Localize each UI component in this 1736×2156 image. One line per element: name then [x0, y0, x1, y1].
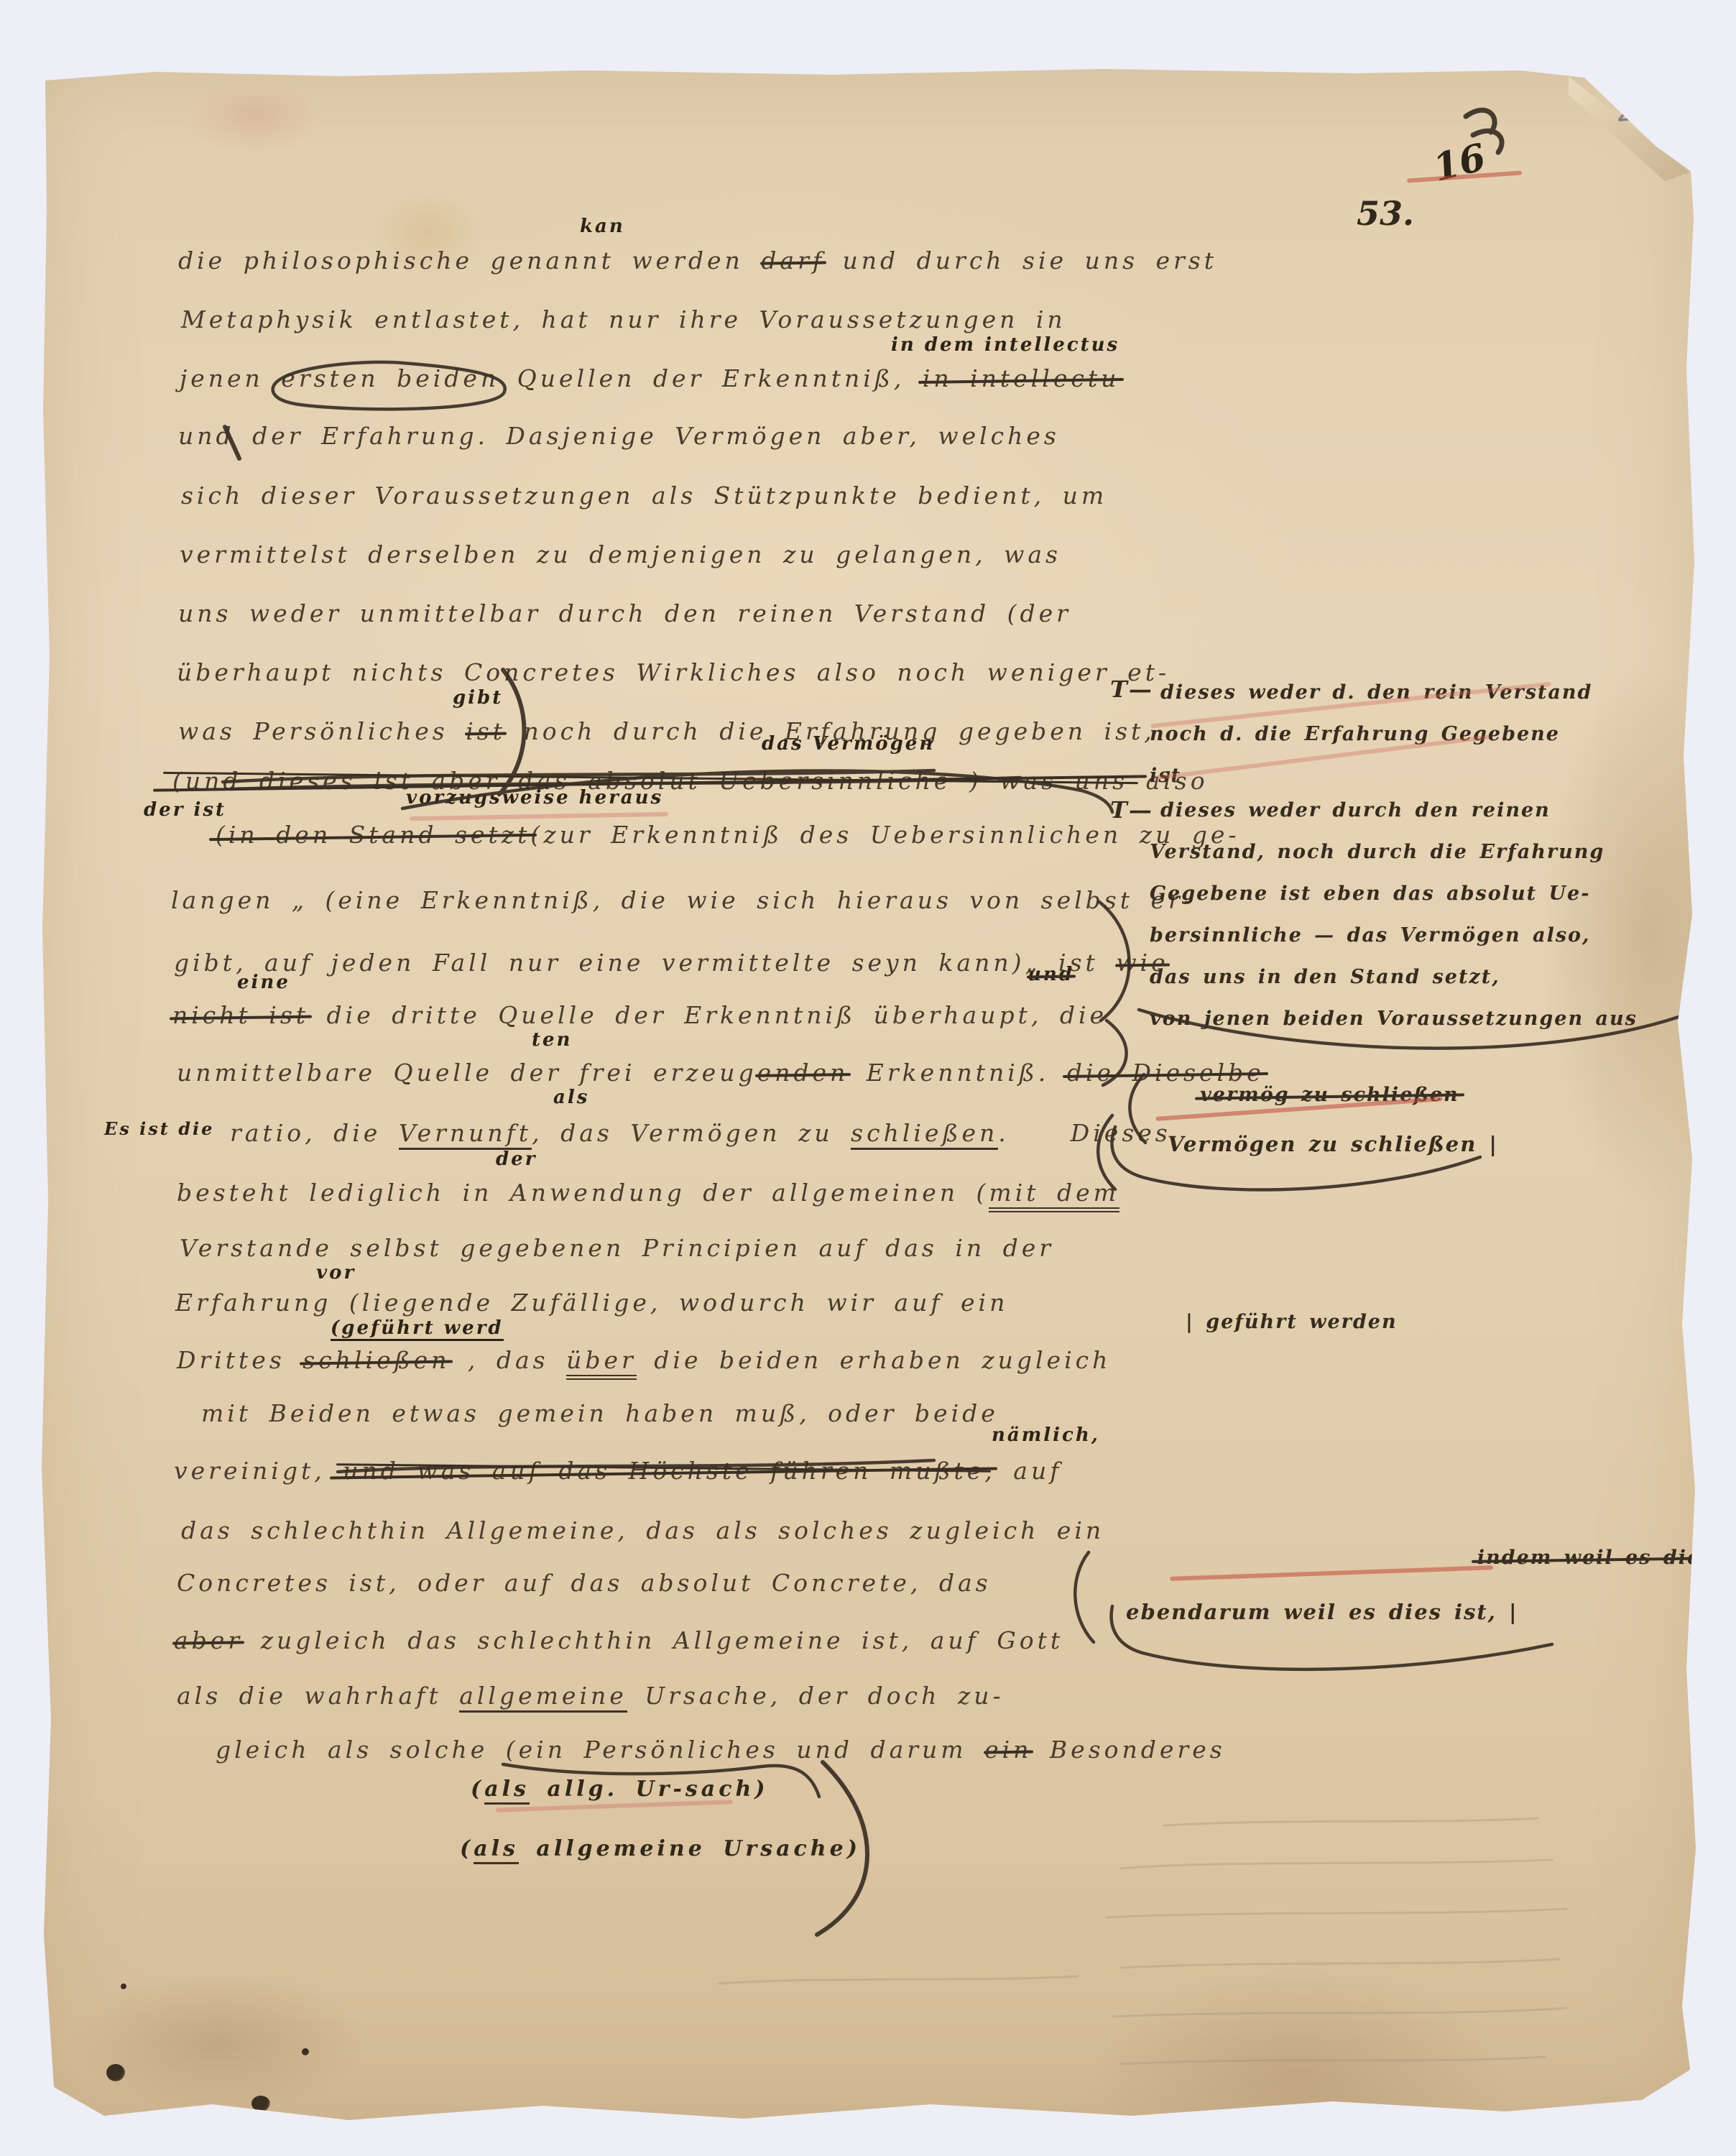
- text-run: ratio, die: [230, 1119, 399, 1147]
- insertion-above-line: der: [496, 1148, 537, 1170]
- text-line-3: jenen ersten beiden Quellen der Erkenntn…: [180, 364, 1119, 393]
- text-run: Erkenntniß.: [849, 1059, 1066, 1087]
- text-run: (zur Erkenntniß des Uebersinnlichen zu g…: [530, 821, 1239, 849]
- text-run: Dieses: [1071, 1119, 1171, 1147]
- struck-text: ist: [466, 717, 506, 746]
- text-run: und: [178, 422, 252, 450]
- text-line-13: gibt, auf jeden Fall nur eine vermittelt…: [174, 949, 1169, 977]
- text-line-22: vereinigt, und was auf das Höchste führe…: [174, 1457, 1062, 1485]
- show-through-ghost-line: [1121, 1860, 1552, 1869]
- underlined-text: schließen: [851, 1119, 998, 1150]
- text-run: besteht lediglich in Anwendung der allge…: [177, 1179, 989, 1207]
- page-number: 53.: [1357, 194, 1414, 233]
- text-run: Metaphysik entlastet, hat nur ihre Vorau…: [181, 305, 1066, 333]
- margin-annotation-line: Vermögen zu schließen |: [1168, 1132, 1498, 1156]
- ink-blot: [251, 2096, 270, 2111]
- text-run: .: [998, 1119, 1010, 1147]
- text-run: allg. Ur-sach): [530, 1777, 769, 1802]
- struck-text: die Dieselbe: [1067, 1059, 1265, 1087]
- text-line-17: besteht lediglich in Anwendung der allge…: [177, 1179, 1119, 1207]
- insertion-above-line: nämlich,: [992, 1424, 1100, 1446]
- text-run: gleich als solche (: [216, 1736, 519, 1764]
- left-margin-note: Es ist die: [104, 1118, 214, 1139]
- scanned-manuscript-sheet: 27 16 53. die philosophische genannt wer…: [0, 0, 1736, 2156]
- insertion-above-line: gibt: [453, 687, 503, 709]
- text-run: uns weder unmittelbar durch den reinen V…: [178, 599, 1071, 627]
- margin-annotation-line: Gegebene ist eben das absolut Ue-: [1150, 883, 1590, 905]
- struck-text: (in den Stand setzt: [216, 821, 530, 849]
- struck-text: darf: [761, 247, 825, 275]
- left-margin-note: der ist: [144, 799, 226, 821]
- margin-anchor-mark: T—: [1110, 676, 1153, 703]
- text-run: unmittelbare Quelle der frei erzeug: [177, 1059, 757, 1087]
- show-through-ghost-line: [719, 1976, 1078, 1984]
- show-through-ghost-line: [1107, 1909, 1566, 1917]
- text-run: (: [471, 1777, 484, 1802]
- margin-annotation-line: Verstand, noch durch die Erfahrung: [1150, 841, 1605, 863]
- show-through-ghost-line: [1121, 1959, 1559, 1968]
- red-strike-mark: [410, 812, 668, 821]
- insertion-above-line: kan: [580, 216, 625, 237]
- text-line-5: sich dieser Voraussetzungen als Stützpun…: [181, 482, 1107, 510]
- text-line-2: Metaphysik entlastet, hat nur ihre Vorau…: [181, 305, 1066, 334]
- text-line-14: nicht ist die dritte Quelle der Erkenntn…: [172, 1001, 1107, 1030]
- text-run: und durch sie uns erst: [825, 247, 1217, 275]
- text-line-20: Drittes schließen , das über die beiden …: [177, 1346, 1111, 1375]
- folio-pencil-number: 27: [1614, 91, 1656, 129]
- text-run: Drittes: [177, 1346, 303, 1374]
- struck-text: und was auf das Höchste führen mußte: [343, 1457, 984, 1485]
- text-run: gibt, auf jeden Fall nur eine vermittelt…: [174, 949, 1116, 977]
- text-line-24: Concretes ist, oder auf das absolut Conc…: [177, 1569, 992, 1598]
- margin-annotation-line: bersinnliche — das Vermögen also,: [1150, 924, 1590, 946]
- text-run: das schlechthin Allgemeine, das als solc…: [181, 1516, 1104, 1544]
- manuscript-page: 27 16 53. die philosophische genannt wer…: [40, 66, 1698, 2123]
- insertion-above-line: vor: [316, 1262, 356, 1284]
- text-run: liegende Zufällige, wodurch wir auf ein: [362, 1289, 1009, 1317]
- ink-blot: [121, 1984, 126, 1989]
- text-run: ein Persönliches: [519, 1736, 779, 1764]
- text-run: überhaupt nichts Concretes Wirkliches al…: [177, 658, 1170, 686]
- text-run: Besonderes: [1032, 1736, 1225, 1764]
- margin-annotation-line: ebendarum weil es dies ist, |: [1126, 1600, 1518, 1624]
- ink-blot: [167, 2110, 180, 2122]
- text-line-26: als die wahrhaft allgemeine Ursache, der…: [177, 1682, 1005, 1710]
- margin-annotation-line: noch d. die Erfahrung Gegebene: [1150, 723, 1560, 745]
- parenthetical-note-1: (als allg. Ur-sach): [471, 1777, 769, 1802]
- text-line-9: was Persönliches ist noch durch die Erfa…: [178, 717, 1155, 746]
- text-line-4: und der Erfahrung. Dasjenige Vermögen ab…: [178, 422, 1060, 451]
- parenthetical-note-2: (als allgemeine Ursache): [460, 1836, 861, 1862]
- show-through-ghost-line: [1114, 2008, 1566, 2017]
- margin-annotation-struck: indem weil es dies ist,: [1477, 1547, 1736, 1569]
- text-run: was Persönliches: [178, 717, 466, 745]
- insertion-below-line: und: [1028, 964, 1074, 985]
- margin-annotation-line: das uns in den Stand setzt,: [1150, 966, 1500, 988]
- ink-blot: [302, 2048, 309, 2055]
- text-run: vereinigt,: [174, 1457, 343, 1485]
- text-line-1: die philosophische genannt werden darf u…: [178, 247, 1217, 275]
- text-line-27: gleich als solche (ein Persönliches und …: [216, 1736, 1226, 1764]
- insertion-above-line: das Vermögen: [762, 733, 935, 755]
- text-run: langen „ (eine Erkenntniß, die wie sich …: [171, 886, 1195, 914]
- text-run: als die wahrhaft: [177, 1682, 459, 1710]
- text-run: , auf: [984, 1457, 1062, 1485]
- text-line-15: unmittelbare Quelle der frei erzeugenden…: [177, 1059, 1265, 1087]
- text-line-6: vermittelst derselben zu demjenigen zu g…: [180, 540, 1061, 569]
- text-line-11: (in den Stand setzt (zur Erkenntniß des …: [216, 821, 1240, 849]
- text-line-8: überhaupt nichts Concretes Wirkliches al…: [177, 658, 1170, 687]
- margin-brace: [1075, 1552, 1094, 1642]
- text-line-18: Verstande selbst gegebenen Principien au…: [180, 1234, 1054, 1263]
- margin-annotation-struck: vermög zu schließen: [1200, 1084, 1459, 1106]
- insertion-above-line: in dem intellectus: [891, 334, 1119, 356]
- ink-blot: [106, 2064, 125, 2081]
- margin-annotation-line: | geführt werden: [1186, 1311, 1398, 1333]
- text-run: die philosophische genannt werden: [178, 247, 761, 275]
- struck-text: aber: [174, 1626, 243, 1655]
- struck-text: schließen: [303, 1346, 450, 1375]
- text-run: Concretes ist, oder auf das absolut Conc…: [177, 1569, 992, 1597]
- show-through-ghost-line: [1121, 2057, 1545, 2064]
- text-run: Quellen der Erkenntniß,: [499, 364, 923, 392]
- text-run: zugleich das schlechthin Allgemeine ist,…: [243, 1626, 1063, 1654]
- text-run: die beiden erhaben zugleich: [637, 1346, 1112, 1374]
- text-run: allgemeine Ursache): [519, 1836, 861, 1861]
- insertion-above-line: vorzugsweise heraus: [406, 787, 663, 808]
- struck-text: in intellectu: [923, 364, 1120, 393]
- text-line-16: ratio, die Vernunft, das Vermögen zu sch…: [230, 1119, 1171, 1148]
- text-run: , das Vermögen zu: [532, 1119, 851, 1147]
- margin-annotation-line: dieses weder durch den reinen: [1160, 799, 1551, 821]
- underlined-text: Vernunft: [399, 1119, 532, 1150]
- margin-anchor-mark: T—: [1110, 796, 1153, 824]
- insertion-above-line: ten: [532, 1029, 572, 1051]
- encircled-text: ersten beiden: [281, 364, 499, 392]
- crossed-archival-number: 16: [1429, 135, 1490, 190]
- text-run: Verstande selbst gegebenen Principien au…: [180, 1234, 1054, 1262]
- text-run: und darum: [779, 1736, 984, 1764]
- struck-text: enden: [757, 1059, 849, 1087]
- text-line-21: mit Beiden etwas gemein haben muß, oder …: [201, 1399, 999, 1428]
- underlined-text: als: [484, 1777, 530, 1805]
- text-line-25: aber zugleich das schlechthin Allgemeine…: [174, 1626, 1063, 1655]
- double-underlined-text: mit dem: [989, 1179, 1119, 1212]
- text-line-10: (und dieses ist aber das absolut Uebersi…: [172, 767, 1209, 796]
- text-run: vermittelst derselben zu demjenigen zu g…: [180, 540, 1061, 568]
- insertion-above-line: (geführt werd: [331, 1317, 504, 1341]
- cancel-scribble: [1466, 110, 1495, 132]
- insertion-above-line: als: [553, 1087, 589, 1108]
- text-run: , das: [450, 1346, 566, 1374]
- text-run: jenen: [180, 364, 281, 392]
- double-underlined-text: über: [566, 1346, 637, 1380]
- text-line-19: Erfahrung (liegende Zufällige, wodurch w…: [175, 1289, 1008, 1317]
- struck-text: ein: [984, 1736, 1032, 1764]
- text-run: die dritte Quelle der Erkenntniß überhau…: [309, 1001, 1107, 1029]
- text-run: Erfahrung (: [175, 1289, 362, 1317]
- text-run: sich dieser Voraussetzungen als Stützpun…: [181, 482, 1107, 510]
- text-run: Ursache, der doch zu-: [627, 1682, 1005, 1710]
- underlined-text: allgemeine: [459, 1682, 627, 1713]
- text-line-12: langen „ (eine Erkenntniß, die wie sich …: [171, 886, 1195, 915]
- red-strike-mark: [1170, 1565, 1493, 1581]
- show-through-ghost-line: [1164, 1818, 1538, 1825]
- insertion-above-line: eine: [237, 972, 290, 993]
- text-run: mit Beiden etwas gemein haben muß, oder …: [201, 1399, 999, 1427]
- text-line-23: das schlechthin Allgemeine, das als solc…: [181, 1516, 1104, 1545]
- struck-text: nicht ist: [172, 1001, 309, 1030]
- text-line-7: uns weder unmittelbar durch den reinen V…: [178, 599, 1071, 628]
- text-run: (: [460, 1836, 474, 1861]
- text-run: der Erfahrung. Dasjenige Vermögen aber, …: [252, 422, 1060, 450]
- margin-annotation-line: von jenen beiden Voraussetzungen aus: [1150, 1008, 1638, 1030]
- underlined-text: als: [474, 1836, 519, 1864]
